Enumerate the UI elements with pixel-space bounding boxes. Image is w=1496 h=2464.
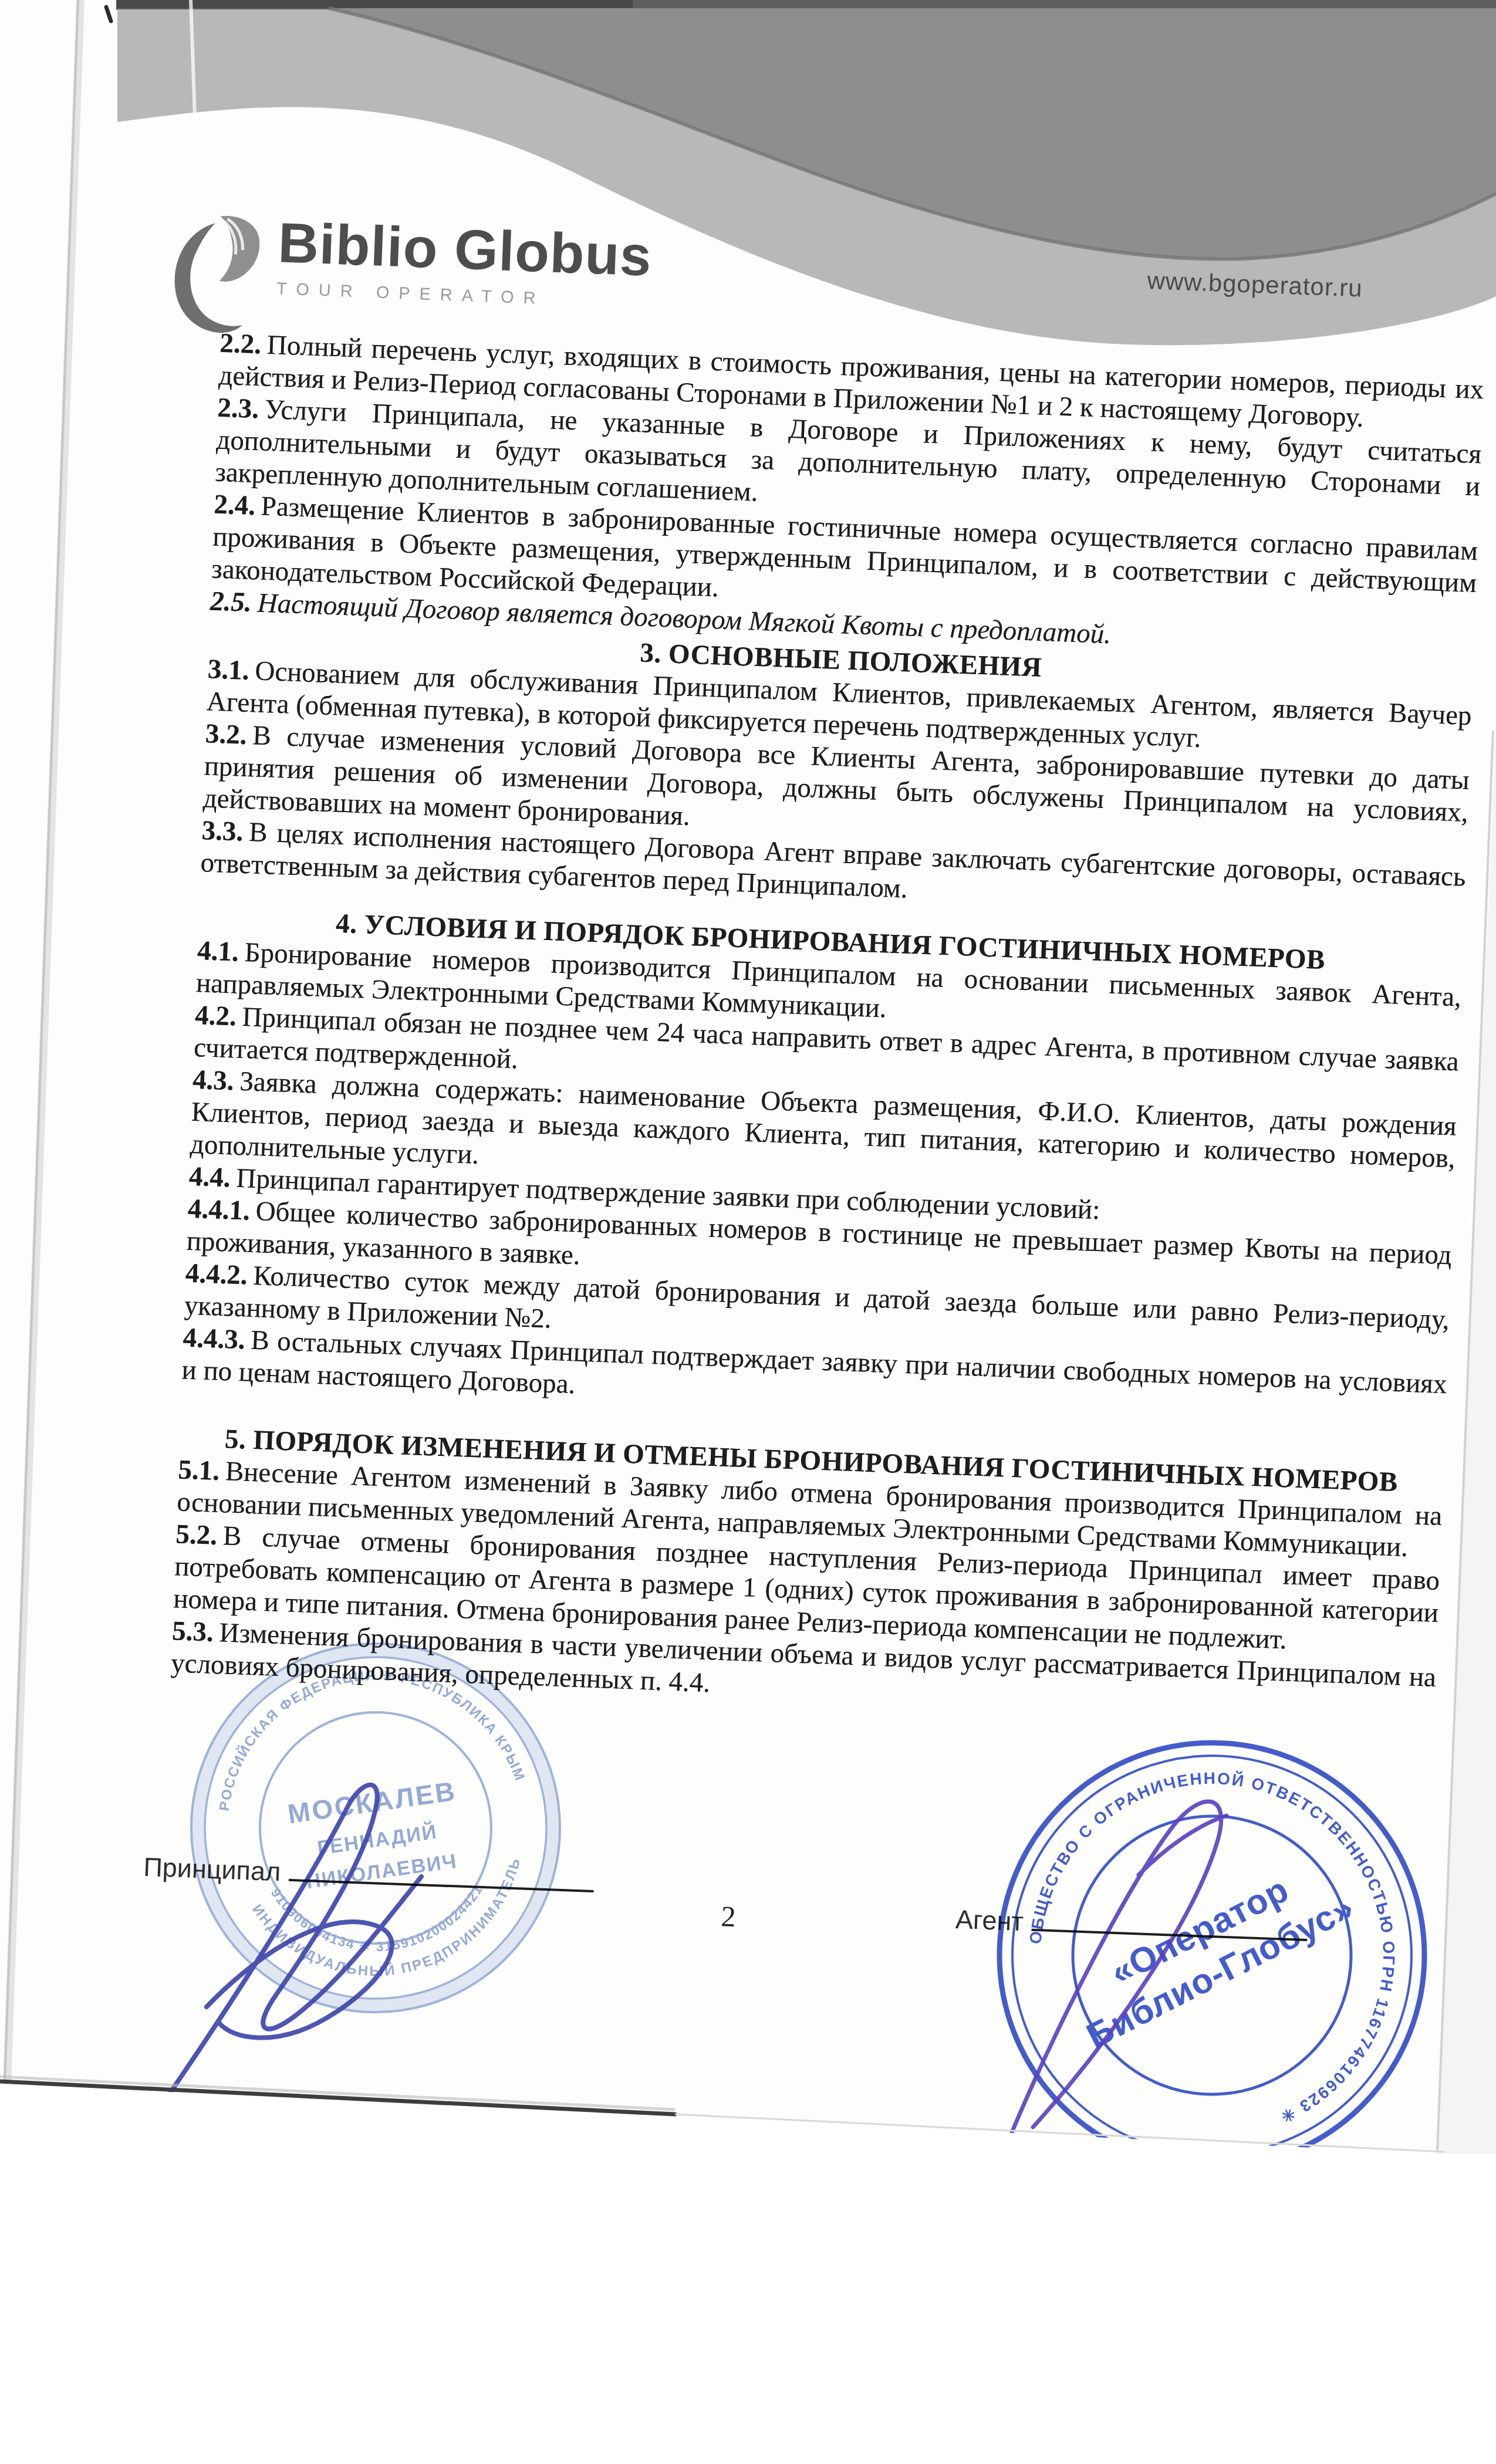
agent-signature-block: Агент [955,1904,1308,1948]
clause-number: 4.4.1. [187,1194,256,1226]
page-left-edge-line [5,0,78,2083]
principal-label: Принципал [143,1852,282,1887]
scan-top-edge [116,0,1496,8]
clause-number: 2.5. [210,586,258,618]
scanned-contract-page: Biblio Globus TOUR OPERATOR www.bgoperat… [0,0,1496,2464]
clause-number: 4.1. [197,935,245,968]
clause-number: 5.2. [175,1519,224,1551]
clause-number: 2.4. [214,489,262,522]
biblio-globus-logo-icon [170,211,264,336]
clause-number: 3.2. [205,718,253,751]
clause-number: 4.4.2. [185,1258,254,1291]
clause-number: 2.2. [219,328,268,360]
logo-title: Biblio Globus [277,215,653,285]
website-url: www.bgoperator.ru [1147,266,1363,303]
logo-inner-cut [204,300,237,320]
clause-number: 4.4.3. [183,1323,252,1356]
scanner-streak [189,0,197,128]
clause-number: 4.4. [188,1161,237,1194]
clause-number: 5.3. [171,1615,219,1648]
principal-signature-line [289,1879,594,1892]
clause-number: 3.3. [201,815,249,847]
clause-number: 5.1. [178,1454,226,1486]
clause-number: 4.2. [194,1000,242,1032]
agent-label: Агент [955,1904,1024,1936]
page-content: Biblio Globus TOUR OPERATOR www.bgoperat… [154,100,1492,2152]
logo-leaf [218,216,261,283]
principal-signature-block: Принципал [143,1852,595,1899]
scan-top-edge-dark [116,0,633,10]
corner-tick-mark [106,7,111,21]
clause-number: 3.1. [207,654,255,686]
clause-number: 2.3. [217,393,265,425]
signature-row: Принципал 2 Агент [160,1853,1428,1999]
page-left-edge-shadow [7,0,80,2083]
logo-text-block: Biblio Globus TOUR OPERATOR [276,215,653,312]
contract-body: 2.2.Полный перечень услуг, входящих в ст… [170,327,1484,1726]
page-number: 2 [693,1898,764,1934]
agent-signature-line [1031,1929,1307,1941]
clause-number: 4.3. [192,1064,240,1097]
